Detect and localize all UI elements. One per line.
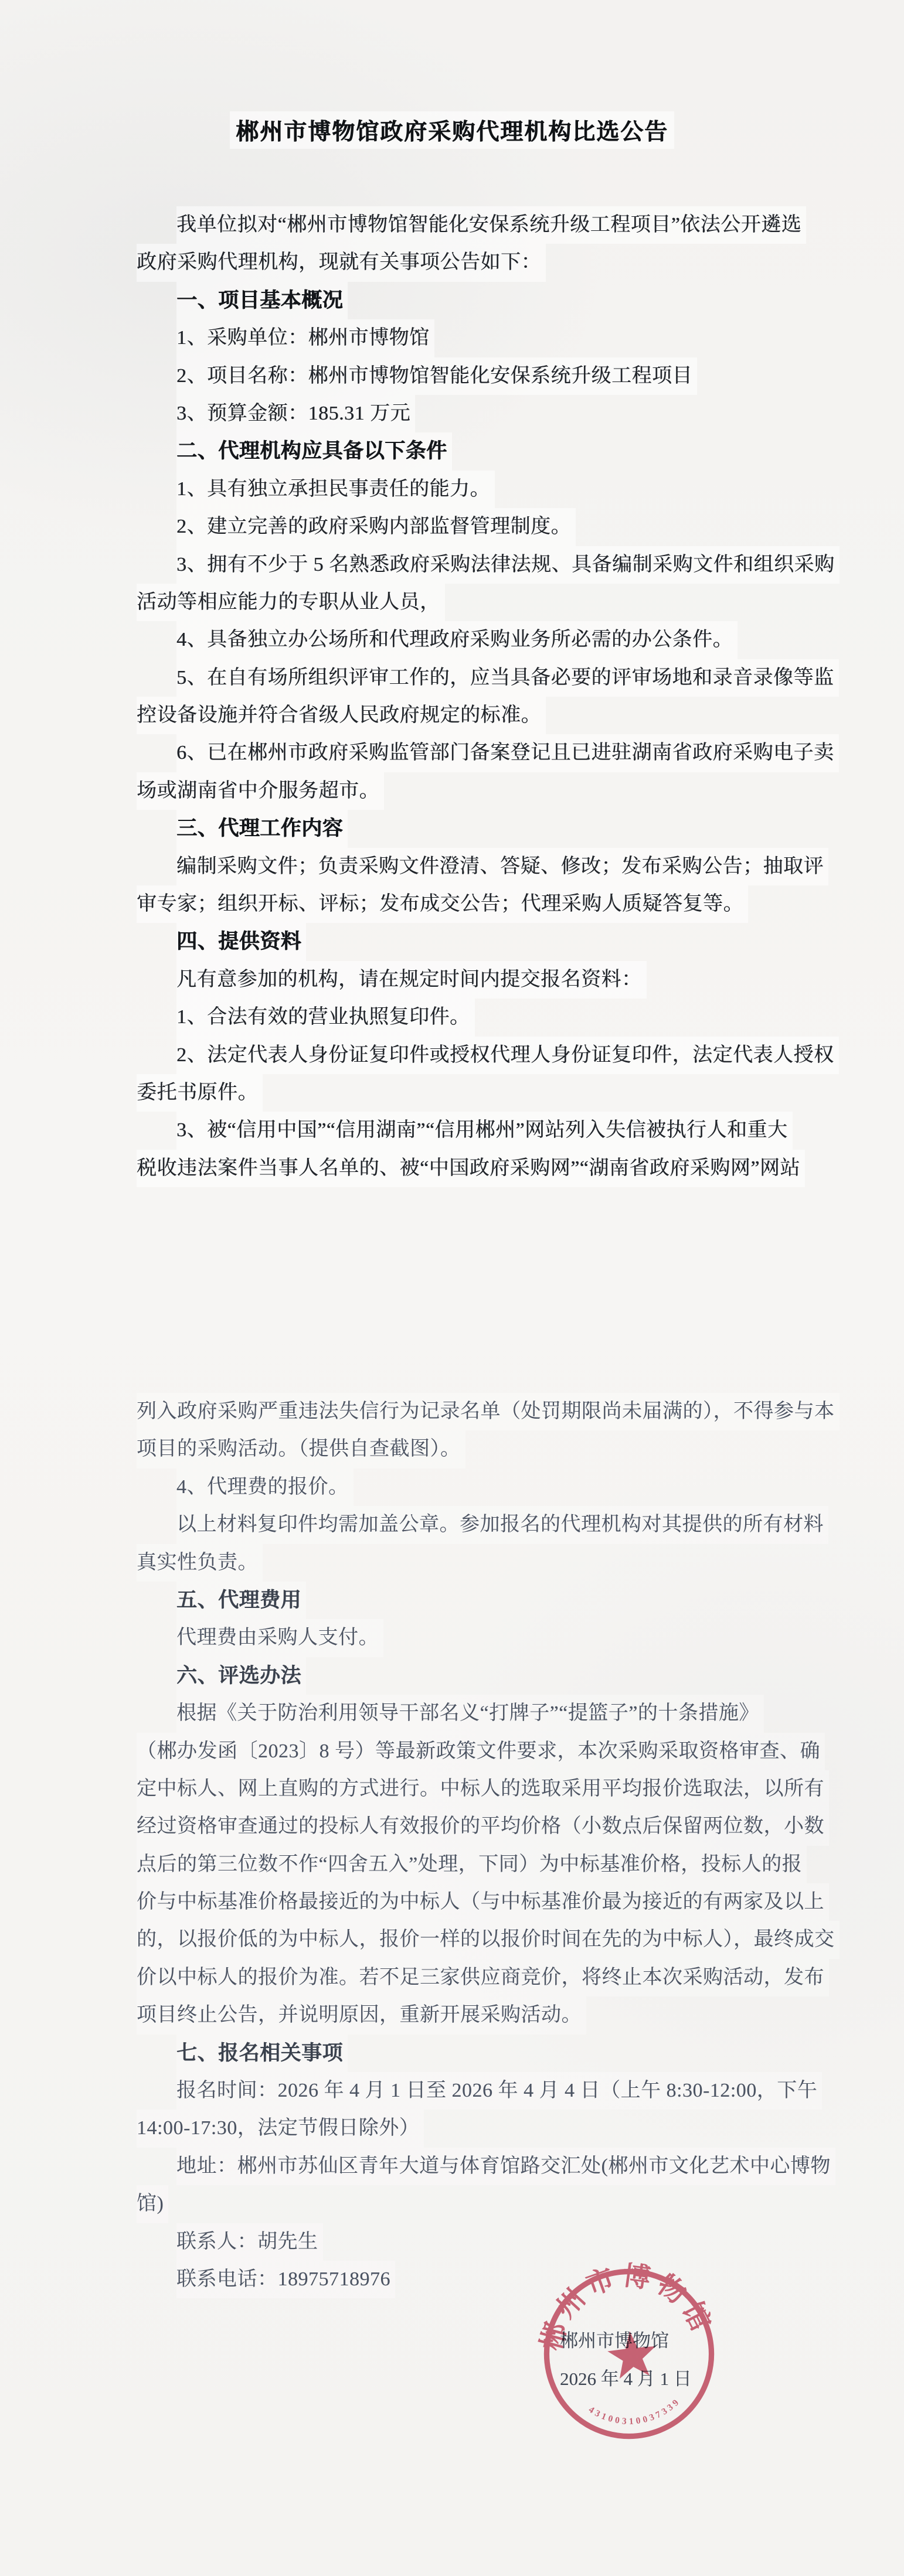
- scanned-announcement-document: 郴州市博物馆政府采购代理机构比选公告 我单位拟对“郴州市博物馆智能化安保系统升级…: [0, 0, 904, 2576]
- text-line: 场或湖南省中介服务超市。: [137, 772, 384, 810]
- text-line: 6、已在郴州市政府采购监管部门备案登记且已进驻湖南省政府采购电子卖: [176, 734, 839, 772]
- text-line: 14:00-17:30，法定节假日除外）: [137, 2110, 424, 2147]
- text-line: 价以中标人的报价为准。若不足三家供应商竞价，将终止本次采购活动，发布: [137, 1959, 829, 1996]
- star-icon: [606, 2329, 658, 2380]
- text-line: 真实性负责。: [137, 1544, 263, 1582]
- text-line: 活动等相应能力的专职从业人员，: [137, 584, 445, 621]
- text-line: 列入政府采购严重违法失信行为记录名单（处罚期限尚未届满的），不得参与本: [137, 1393, 840, 1430]
- text-line: 代理费由采购人支付。: [176, 1619, 383, 1657]
- section-heading: 四、提供资料: [176, 923, 306, 960]
- text-line: 3、被“信用中国”“信用湖南”“信用郴州”网站列入失信被执行人和重大: [176, 1112, 793, 1149]
- text-line: 项目终止公告，并说明原因，重新开展采购活动。: [137, 1996, 586, 2034]
- section-heading: 一、项目基本概况: [176, 282, 348, 319]
- text-line: 价与中标基准价格最接近的为中标人（与中标基准价最为接近的有两家及以上: [137, 1883, 829, 1921]
- text-line: 3、拥有不少于 5 名熟悉政府采购法律法规、具备编制采购文件和组织采购: [176, 546, 840, 584]
- text-line: 联系电话：18975718976: [176, 2261, 395, 2298]
- section-heading: 二、代理机构应具备以下条件: [176, 432, 452, 470]
- text-line: 3、预算金额：185.31 万元: [176, 395, 415, 432]
- text-line: 凡有意参加的机构，请在规定时间内提交报名资料：: [176, 961, 647, 999]
- text-line: 编制采购文件；负责采购文件澄清、答疑、修改；发布采购公告；抽取评: [176, 848, 828, 885]
- text-line: （郴办发函〔2023〕8 号）等最新政策文件要求，本次采购采取资格审查、确: [137, 1733, 825, 1770]
- text-line: 2、建立完善的政府采购内部监督管理制度。: [176, 508, 576, 546]
- text-line: 政府采购代理机构，现就有关事项公告如下：: [137, 244, 546, 281]
- official-seal: 郴州市博物馆 43100310037339: [529, 2254, 729, 2454]
- text-line: 项目的采购活动。（提供自查截图）。: [137, 1430, 465, 1468]
- text-line: 审专家；组织开标、评标；发布成交公告；代理采购人质疑答复等。: [137, 885, 748, 923]
- section-heading: 七、报名相关事项: [176, 2035, 348, 2072]
- page-title: 郴州市博物馆政府采购代理机构比选公告: [230, 111, 674, 149]
- text-line: 1、采购单位：郴州市博物馆: [176, 319, 434, 357]
- text-line: 的，以报价低的为中标人，报价一样的以报价时间在先的为中标人），最终成交: [137, 1921, 840, 1958]
- text-line: 地址：郴州市苏仙区青年大道与体育馆路交汇处(郴州市文化艺术中心博物: [176, 2148, 835, 2185]
- text-line: 以上材料复印件均需加盖公章。参加报名的代理机构对其提供的所有材料: [176, 1506, 828, 1543]
- text-line: 联系人：胡先生: [176, 2223, 323, 2261]
- page-1-content: 我单位拟对“郴州市博物馆智能化安保系统升级工程项目”依法公开遴选政府采购代理机构…: [137, 206, 805, 1187]
- text-line: 1、合法有效的营业执照复印件。: [176, 999, 475, 1036]
- text-line: 税收违法案件当事人名单的、被“中国政府采购网”“湖南省政府采购网”网站: [137, 1150, 805, 1187]
- text-line: 4、具备独立办公场所和代理政府采购业务所必需的办公条件。: [176, 621, 738, 659]
- text-line: 报名时间：2026 年 4 月 1 日至 2026 年 4 月 4 日（上午 8…: [176, 2072, 822, 2110]
- text-line: 馆): [137, 2185, 168, 2223]
- text-line: 经过资格审查通过的投标人有效报价的平均价格（小数点后保留两位数，小数: [137, 1808, 829, 1845]
- section-heading: 六、评选办法: [176, 1657, 306, 1695]
- text-line: 根据《关于防治利用领导干部名义“打牌子”“提篮子”的十条措施》: [176, 1695, 764, 1732]
- section-heading: 五、代理费用: [176, 1582, 306, 1619]
- text-line: 4、代理费的报价。: [176, 1468, 354, 1506]
- text-line: 1、具有独立承担民事责任的能力。: [176, 471, 495, 508]
- text-line: 委托书原件。: [137, 1074, 263, 1112]
- text-line: 定中标人、网上直购的方式进行。中标人的选取采用平均报价选取法，以所有: [137, 1770, 829, 1808]
- text-line: 控设备设施并符合省级人民政府规定的标准。: [137, 697, 546, 734]
- section-heading: 三、代理工作内容: [176, 810, 348, 847]
- page-2-content: 列入政府采购严重违法失信行为记录名单（处罚期限尚未届满的），不得参与本项目的采购…: [137, 1393, 805, 2298]
- text-line: 我单位拟对“郴州市博物馆智能化安保系统升级工程项目”依法公开遴选: [176, 206, 806, 244]
- text-line: 点后的第三位数不作“四舍五入”处理，下同）为中标基准价格，投标人的报: [137, 1846, 807, 1883]
- text-line: 5、在自有场所组织评审工作的，应当具备必要的评审场地和录音录像等监: [176, 659, 839, 697]
- text-line: 2、法定代表人身份证复印件或授权代理人身份证复印件，法定代表人授权: [176, 1037, 839, 1074]
- text-line: 2、项目名称：郴州市博物馆智能化安保系统升级工程项目: [176, 357, 697, 395]
- seal-org-arc-text: 郴州市博物馆: [529, 2254, 720, 2357]
